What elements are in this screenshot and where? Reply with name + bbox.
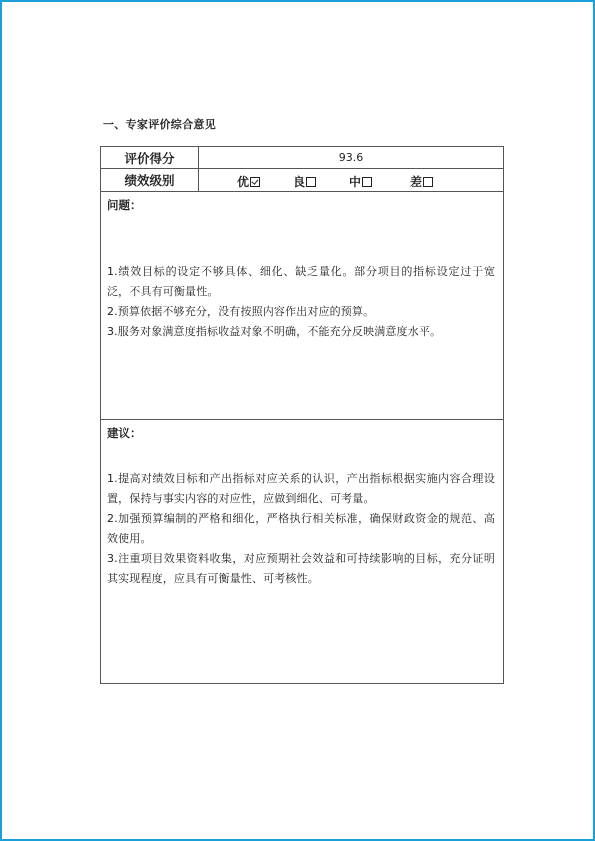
problems-list: 1.绩效目标的设定不够具体、细化、缺乏量化。部分项目的指标设定过于宽泛，不具有可… [107,262,495,342]
suggestion-item: 3.注重项目效果资料收集，对应预期社会效益和可持续影响的目标，充分证明其实现程度… [107,549,495,589]
level-option-good[interactable]: 良 [293,173,316,190]
problem-item: 2.预算依据不够充分，没有按照内容作出对应的预算。 [107,302,495,322]
score-row: 评价得分 93.6 [101,147,503,169]
suggestions-section: 建议： 1.提高对绩效目标和产出指标对应关系的认识，产出指标根据实施内容合理设置… [101,420,503,683]
suggestions-list: 1.提高对绩效目标和产出指标对应关系的认识，产出指标根据实施内容合理设置，保持与… [107,469,495,589]
score-value: 93.6 [199,147,503,168]
problem-item: 1.绩效目标的设定不够具体、细化、缺乏量化。部分项目的指标设定过于宽泛，不具有可… [107,262,495,302]
level-option-medium[interactable]: 中 [349,173,372,190]
problems-title: 问题： [107,197,142,213]
level-label: 绩效级别 [101,169,199,191]
level-option-excellent[interactable]: 优 [237,173,260,190]
level-option-label: 优 [237,173,249,190]
level-option-poor[interactable]: 差 [410,173,433,190]
checkbox-empty-icon[interactable] [362,177,372,187]
suggestion-item: 1.提高对绩效目标和产出指标对应关系的认识，产出指标根据实施内容合理设置，保持与… [107,469,495,509]
level-row: 绩效级别 优 良 中 差 [101,169,503,192]
problems-section: 问题： 1.绩效目标的设定不够具体、细化、缺乏量化。部分项目的指标设定过于宽泛，… [101,192,503,420]
problem-item: 3.服务对象满意度指标收益对象不明确，不能充分反映满意度水平。 [107,322,495,342]
checkbox-empty-icon[interactable] [306,177,316,187]
suggestion-item: 2.加强预算编制的严格和细化，严格执行相关标准，确保财政资金的规范、高效使用。 [107,509,495,549]
score-label: 评价得分 [101,147,199,168]
level-option-label: 良 [293,173,305,190]
level-option-label: 中 [349,173,361,190]
checkbox-empty-icon[interactable] [423,177,433,187]
level-option-label: 差 [410,173,422,190]
checkbox-checked-icon[interactable] [250,177,260,187]
suggestions-title: 建议： [107,425,142,441]
section-heading: 一、专家评价综合意见 [103,116,216,132]
evaluation-table: 评价得分 93.6 绩效级别 优 良 中 差 问题： 1.绩效目标的设定不够具体… [100,146,504,684]
